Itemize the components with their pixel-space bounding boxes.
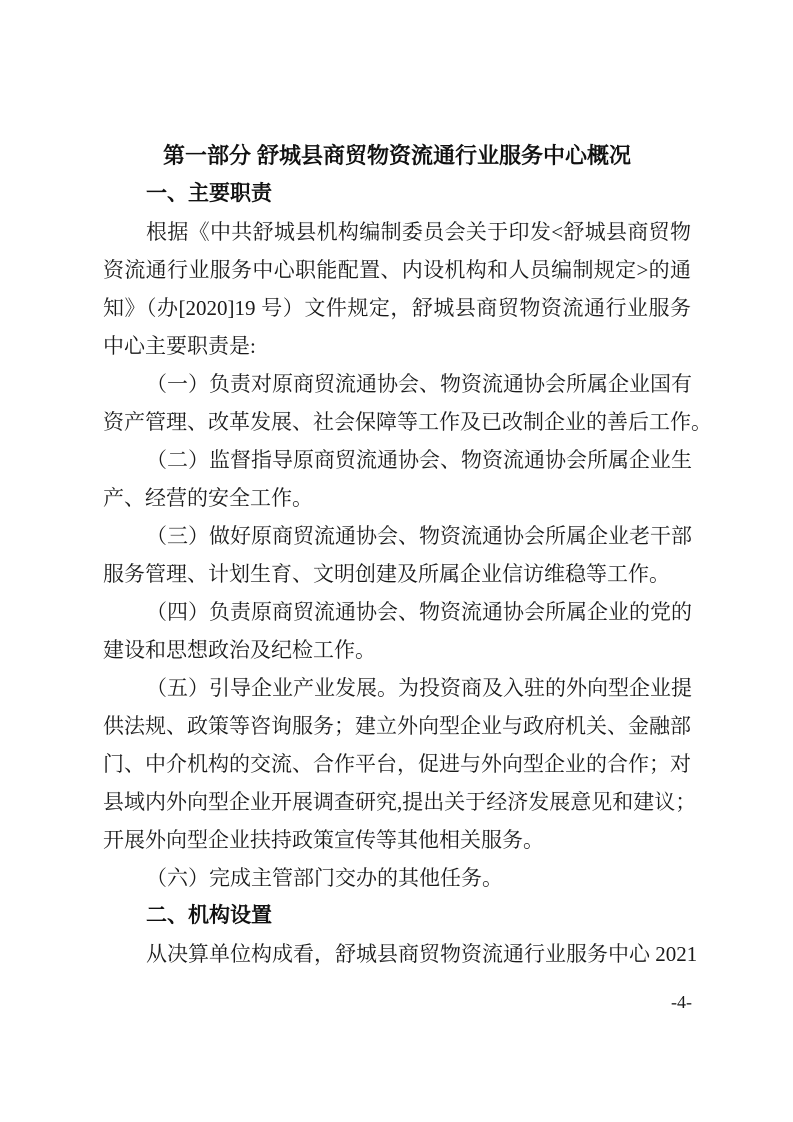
text-line: 开展外向型企业扶持政策宣传等其他相关服务。 bbox=[103, 821, 691, 859]
section-heading-1: 一、主要职责 bbox=[103, 175, 691, 213]
text-line: （三）做好原商贸流通协会、物资流通协会所属企业老干部 bbox=[103, 517, 691, 555]
section-heading-2: 二、机构设置 bbox=[103, 897, 691, 935]
text-line: 资流通行业服务中心职能配置、内设机构和人员编制规定>的通 bbox=[103, 251, 691, 289]
page-number: -4- bbox=[671, 992, 692, 1012]
doc-title: 第一部分 舒城县商贸物资流通行业服务中心概况 bbox=[103, 137, 691, 175]
text-line: （五）引导企业产业发展。为投资商及入驻的外向型企业提 bbox=[103, 669, 691, 707]
text-line: （六）完成主管部门交办的其他任务。 bbox=[103, 859, 691, 897]
text-line: （二）监督指导原商贸流通协会、物资流通协会所属企业生 bbox=[103, 441, 691, 479]
text-line: 从决算单位构成看，舒城县商贸物资流通行业服务中心 2021 bbox=[103, 935, 691, 973]
text-line: 服务管理、计划生育、文明创建及所属企业信访维稳等工作。 bbox=[103, 555, 691, 593]
text-line: 根据《中共舒城县机构编制委员会关于印发<舒城县商贸物 bbox=[103, 213, 691, 251]
text-line: 供法规、政策等咨询服务；建立外向型企业与政府机关、金融部 bbox=[103, 707, 691, 745]
text-line: 资产管理、改革发展、社会保障等工作及已改制企业的善后工作。 bbox=[103, 403, 691, 441]
text-line: 县域内外向型企业开展调查研究,提出关于经济发展意见和建议； bbox=[103, 783, 691, 821]
document-content: 第一部分 舒城县商贸物资流通行业服务中心概况 一、主要职责 根据《中共舒城县机构… bbox=[103, 137, 691, 973]
text-line: 知》（办[2020]19 号）文件规定，舒城县商贸物资流通行业服务 bbox=[103, 289, 691, 327]
document-page: 第一部分 舒城县商贸物资流通行业服务中心概况 一、主要职责 根据《中共舒城县机构… bbox=[0, 0, 793, 1122]
text-line: 产、经营的安全工作。 bbox=[103, 479, 691, 517]
text-line: 建设和思想政治及纪检工作。 bbox=[103, 631, 691, 669]
text-line: （一）负责对原商贸流通协会、物资流通协会所属企业国有 bbox=[103, 365, 691, 403]
text-line: 门、中介机构的交流、合作平台，促进与外向型企业的合作；对 bbox=[103, 745, 691, 783]
text-line: （四）负责原商贸流通协会、物资流通协会所属企业的党的 bbox=[103, 593, 691, 631]
text-line: 中心主要职责是: bbox=[103, 327, 691, 365]
